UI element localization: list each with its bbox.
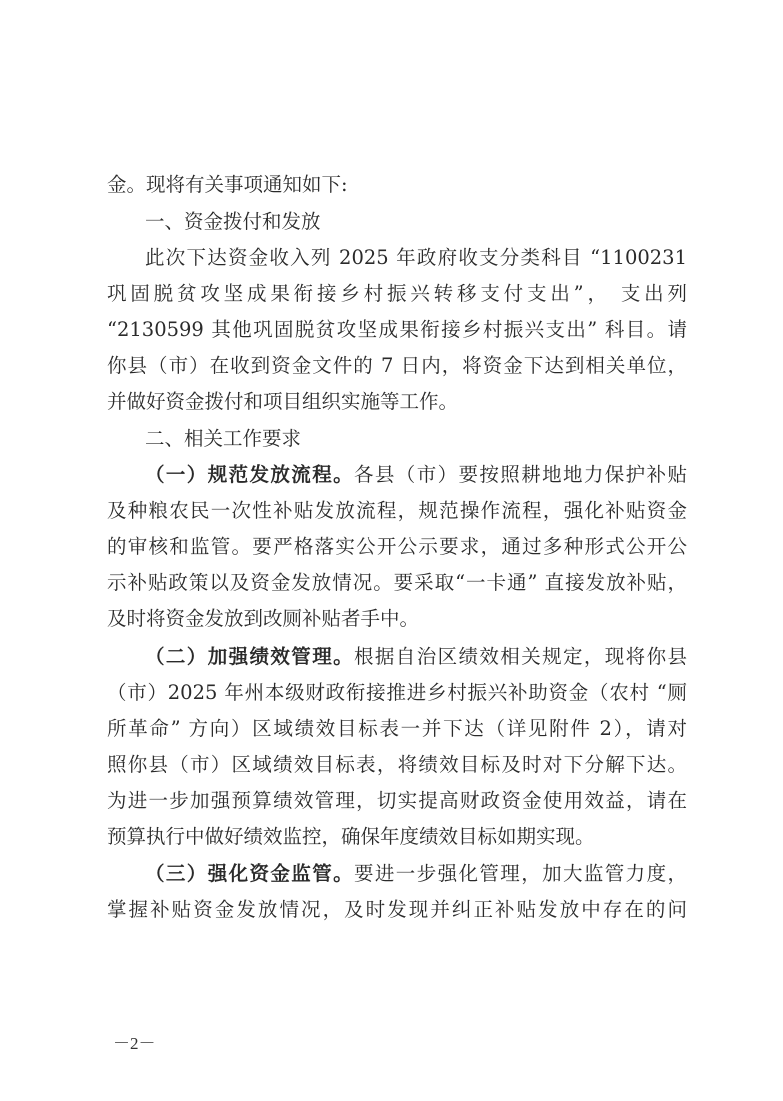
paragraph-line: 并做好资金拨付和项目组织实施等工作。 (107, 390, 687, 414)
subsection-line: （二）加强绩效管理。根据自治区绩效相关规定，现将你县 (145, 645, 687, 669)
paragraph-line: 掌握补贴资金发放情况，及时发现并纠正补贴发放中存在的问 (107, 898, 687, 922)
paragraph-line: （市）2025 年州本级财政衔接推进乡村振兴补助资金（农村 “厕 (107, 681, 687, 705)
section-heading-2: 二、相关工作要求 (145, 427, 687, 451)
paragraph-text: 各县（市）要按照耕地地力保护补贴 (354, 463, 687, 486)
paragraph-line: 为进一步加强预算绩效管理，切实提高财政资金使用效益，请在 (107, 789, 687, 813)
paragraph-line: 此次下达资金收入列 2025 年政府收支分类科目 “1100231 (145, 246, 687, 270)
paragraph-line: 照你县（市）区域绩效目标表，将绩效目标及时对下分解下达。 (107, 753, 687, 777)
paragraph-line: 及种粮农民一次性补贴发放流程，规范操作流程，强化补贴资金 (107, 499, 687, 523)
paragraph-line: 及时将资金发放到改厕补贴者手中。 (107, 607, 687, 631)
paragraph-line: 的审核和监管。要严格落实公开公示要求，通过多种形式公开公 (107, 535, 687, 559)
section-heading-1: 一、资金拨付和发放 (145, 210, 687, 234)
subsection-title-3: （三）强化资金监管。 (145, 862, 354, 885)
subsection-line: （一）规范发放流程。各县（市）要按照耕地地力保护补贴 (145, 463, 687, 487)
paragraph-line: “2130599 其他巩固脱贫攻坚成果衔接乡村振兴支出” 科目。请 (107, 318, 687, 342)
subsection-line: （三）强化资金监管。要进一步强化管理，加大监管力度， (145, 862, 687, 886)
paragraph-line: 金。现将有关事项通知如下: (107, 173, 687, 197)
paragraph-text: 要进一步强化管理，加大监管力度， (354, 862, 687, 885)
page-number: －2－ (113, 1029, 156, 1054)
paragraph-line: 示补贴政策以及资金发放情况。要采取“一卡通” 直接发放补贴， (107, 571, 687, 595)
paragraph-line: 巩固脱贫攻坚成果衔接乡村振兴转移支付支出”， 支出列 (107, 282, 687, 306)
paragraph-text: 根据自治区绩效相关规定，现将你县 (354, 645, 687, 668)
subsection-title-1: （一）规范发放流程。 (145, 463, 354, 486)
paragraph-line: 你县（市）在收到资金文件的 7 日内，将资金下达到相关单位， (107, 354, 687, 378)
paragraph-line: 预算执行中做好绩效监控，确保年度绩效目标如期实现。 (107, 825, 687, 849)
document-page: 金。现将有关事项通知如下: 一、资金拨付和发放 此次下达资金收入列 2025 年… (0, 0, 783, 1101)
paragraph-line: 所革命” 方向）区域绩效目标表一并下达（详见附件 2），请对 (107, 717, 687, 741)
subsection-title-2: （二）加强绩效管理。 (145, 645, 354, 668)
